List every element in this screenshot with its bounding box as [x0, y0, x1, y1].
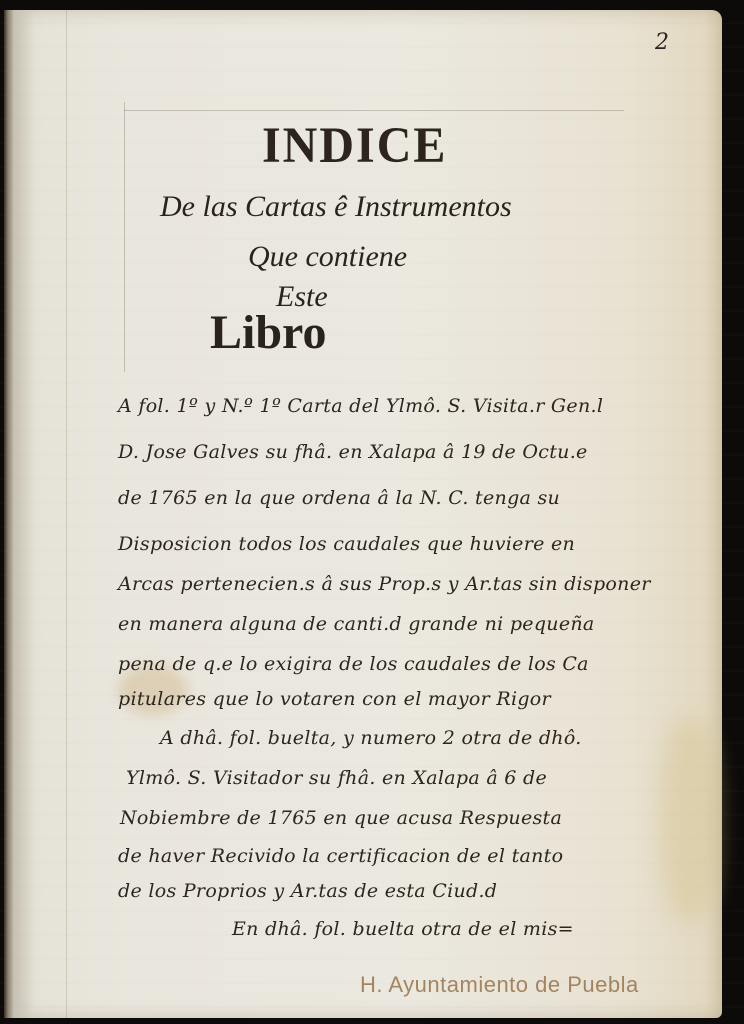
body-line-14: En dhâ. fol. buelta otra de el mis=	[232, 918, 574, 940]
paper-stain-right	[660, 720, 720, 920]
body-line-8: pitulares que lo votaren con el mayor Ri…	[118, 688, 551, 710]
subtitle-line-4: Libro	[210, 305, 326, 360]
body-line-13: de los Proprios y Ar.tas de esta Ciud.d	[118, 880, 497, 902]
body-line-12: de haver Recivido la certificacion de el…	[118, 845, 563, 867]
page-title: INDICE	[262, 117, 447, 175]
archive-watermark: H. Ayuntamiento de Puebla	[360, 972, 639, 998]
body-line-11: Nobiembre de 1765 en que acusa Respuesta	[120, 807, 562, 829]
body-line-3: de 1765 en la que ordena â la N. C. teng…	[118, 487, 560, 509]
subtitle-line-1: De las Cartas ê Instrumentos	[160, 190, 512, 224]
body-line-4: Disposicion todos los caudales que huvie…	[118, 533, 575, 555]
page-number: 2	[655, 30, 669, 55]
body-line-10: Ylmô. S. Visitador su fhâ. en Xalapa â 6…	[126, 767, 547, 789]
body-line-5: Arcas pertenecien.s â sus Prop.s y Ar.ta…	[118, 573, 651, 595]
body-line-1: A fol. 1º y N.º 1º Carta del Ylmô. S. Vi…	[118, 395, 603, 417]
subtitle-line-2: Que contiene	[248, 240, 407, 274]
body-line-6: en manera alguna de canti.d grande ni pe…	[118, 613, 595, 635]
body-line-9: A dhâ. fol. buelta, y numero 2 otra de d…	[160, 727, 582, 749]
body-line-2: D. Jose Galves su fhâ. en Xalapa â 19 de…	[118, 441, 588, 463]
body-line-7: pena de q.e lo exigira de los caudales d…	[118, 653, 589, 675]
